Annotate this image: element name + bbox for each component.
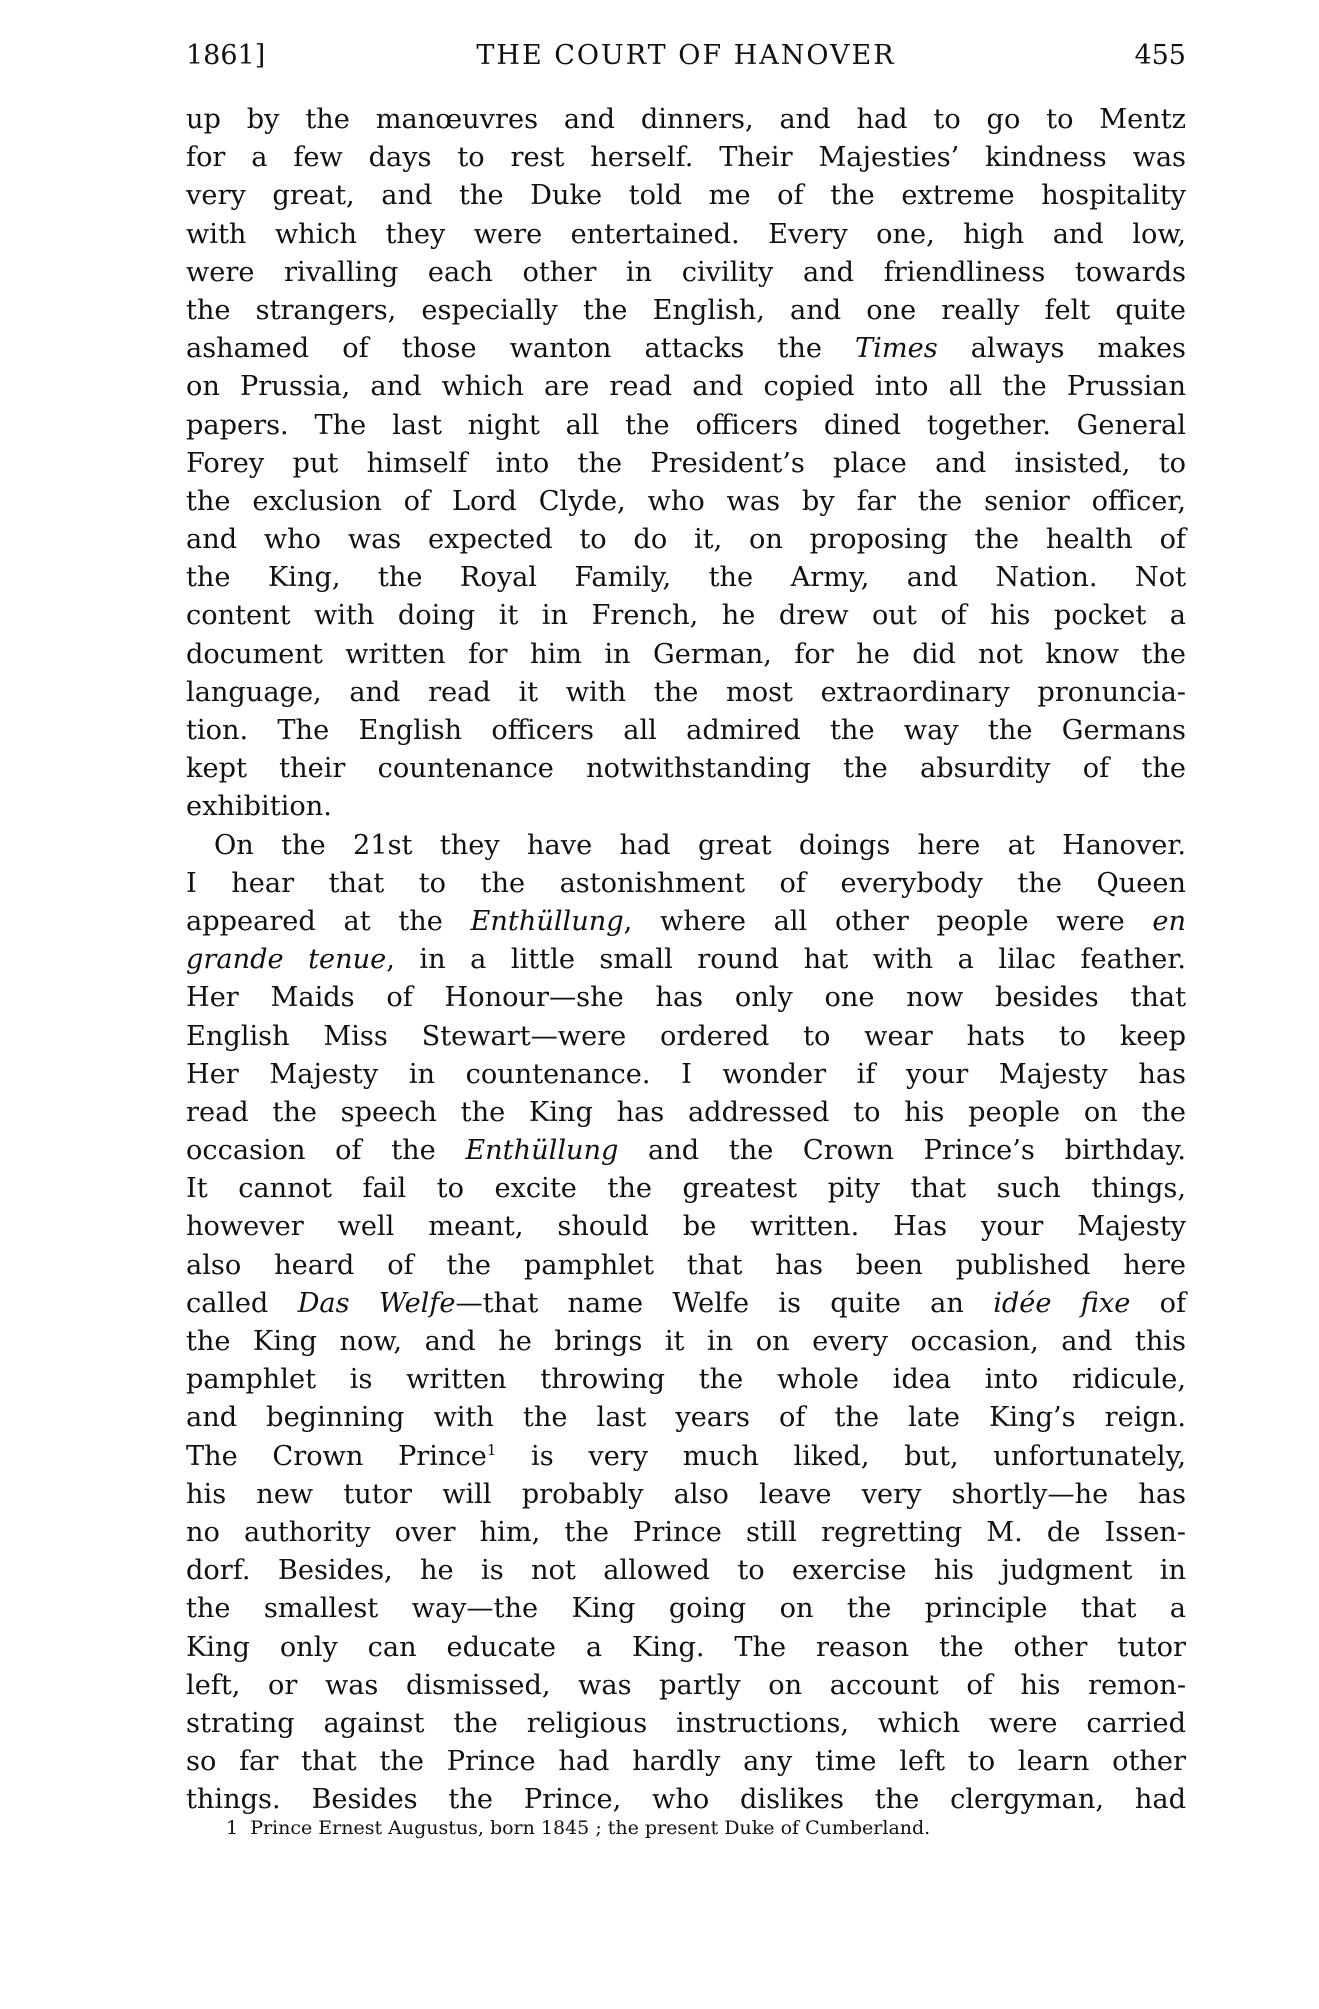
footnote: 1 Prince Ernest Augustus, born 1845 ; th…: [226, 1817, 930, 1839]
text-line: very great, and the Duke told me of the …: [186, 177, 1186, 215]
text-line: called Das Welfe—that name Welfe is quit…: [186, 1285, 1186, 1323]
text-line: and beginning with the last years of the…: [186, 1399, 1186, 1437]
text-line: the exclusion of Lord Clyde, who was by …: [186, 483, 1186, 521]
text-line: however well meant, should be written. H…: [186, 1208, 1186, 1246]
paragraph-start-line: On the 21st they have had great doings h…: [186, 827, 1186, 865]
text-line: on Prussia, and which are read and copie…: [186, 368, 1186, 406]
text-line: so far that the Prince had hardly any ti…: [186, 1743, 1186, 1781]
footnote-text: Prince Ernest Augustus, born 1845 ; the …: [250, 1817, 930, 1839]
text-line: read the speech the King has addressed t…: [186, 1094, 1186, 1132]
text-line: Forey put himself into the President’s p…: [186, 445, 1186, 483]
text-line: exhibition.: [186, 788, 1186, 826]
text-line: the King, the Royal Family, the Army, an…: [186, 559, 1186, 597]
text-line: kept their countenance notwithstanding t…: [186, 750, 1186, 788]
text-line: the strangers, especially the English, a…: [186, 292, 1186, 330]
text-line: strating against the religious instructi…: [186, 1705, 1186, 1743]
text-line: Her Maids of Honour—she has only one now…: [186, 979, 1186, 1017]
text-line: papers. The last night all the officers …: [186, 407, 1186, 445]
footnote-number: 1: [226, 1817, 238, 1839]
text-line: language, and read it with the most extr…: [186, 674, 1186, 712]
text-line: with which they were entertained. Every …: [186, 216, 1186, 254]
body-text: up by the manœuvres and dinners, and had…: [186, 101, 1186, 1819]
text-line: were rivalling each other in civility an…: [186, 254, 1186, 292]
footnote-marker: 1: [487, 1441, 497, 1459]
text-line: the King now, and he brings it in on eve…: [186, 1323, 1186, 1361]
text-line: It cannot fail to excite the greatest pi…: [186, 1170, 1186, 1208]
text-line: Her Majesty in countenance. I wonder if …: [186, 1056, 1186, 1094]
page-number: 455: [1134, 40, 1186, 71]
text-line: pamphlet is written throwing the whole i…: [186, 1361, 1186, 1399]
text-line: King only can educate a King. The reason…: [186, 1629, 1186, 1667]
text-line: occasion of the Enthüllung and the Crown…: [186, 1132, 1186, 1170]
text-line: I hear that to the astonishment of every…: [186, 865, 1186, 903]
text-line: no authority over him, the Prince still …: [186, 1514, 1186, 1552]
text-line: things. Besides the Prince, who dislikes…: [186, 1781, 1186, 1819]
text-line: appeared at the Enthüllung, where all ot…: [186, 903, 1186, 941]
text-line: the smallest way—the King going on the p…: [186, 1590, 1186, 1628]
text-line: ashamed of those wanton attacks the Time…: [186, 330, 1186, 368]
text-line: English Miss Stewart—were ordered to wea…: [186, 1018, 1186, 1056]
text-line: also heard of the pamphlet that has been…: [186, 1247, 1186, 1285]
text-line: up by the manœuvres and dinners, and had…: [186, 101, 1186, 139]
text-line: The Crown Prince1 is very much liked, bu…: [186, 1438, 1186, 1476]
text-line: content with doing it in French, he drew…: [186, 597, 1186, 635]
text-line: grande tenue, in a little small round ha…: [186, 941, 1186, 979]
text-line: and who was expected to do it, on propos…: [186, 521, 1186, 559]
running-head-title: THE COURT OF HANOVER: [186, 40, 1186, 71]
text-line: left, or was dismissed, was partly on ac…: [186, 1667, 1186, 1705]
text-line: document written for him in German, for …: [186, 636, 1186, 674]
text-line: his new tutor will probably also leave v…: [186, 1476, 1186, 1514]
text-line: dorf. Besides, he is not allowed to exer…: [186, 1552, 1186, 1590]
running-head: 1861] THE COURT OF HANOVER 455: [186, 40, 1186, 80]
italic-times: Times: [855, 333, 938, 364]
text-line: for a few days to rest herself. Their Ma…: [186, 139, 1186, 177]
text-line: tion. The English officers all admired t…: [186, 712, 1186, 750]
